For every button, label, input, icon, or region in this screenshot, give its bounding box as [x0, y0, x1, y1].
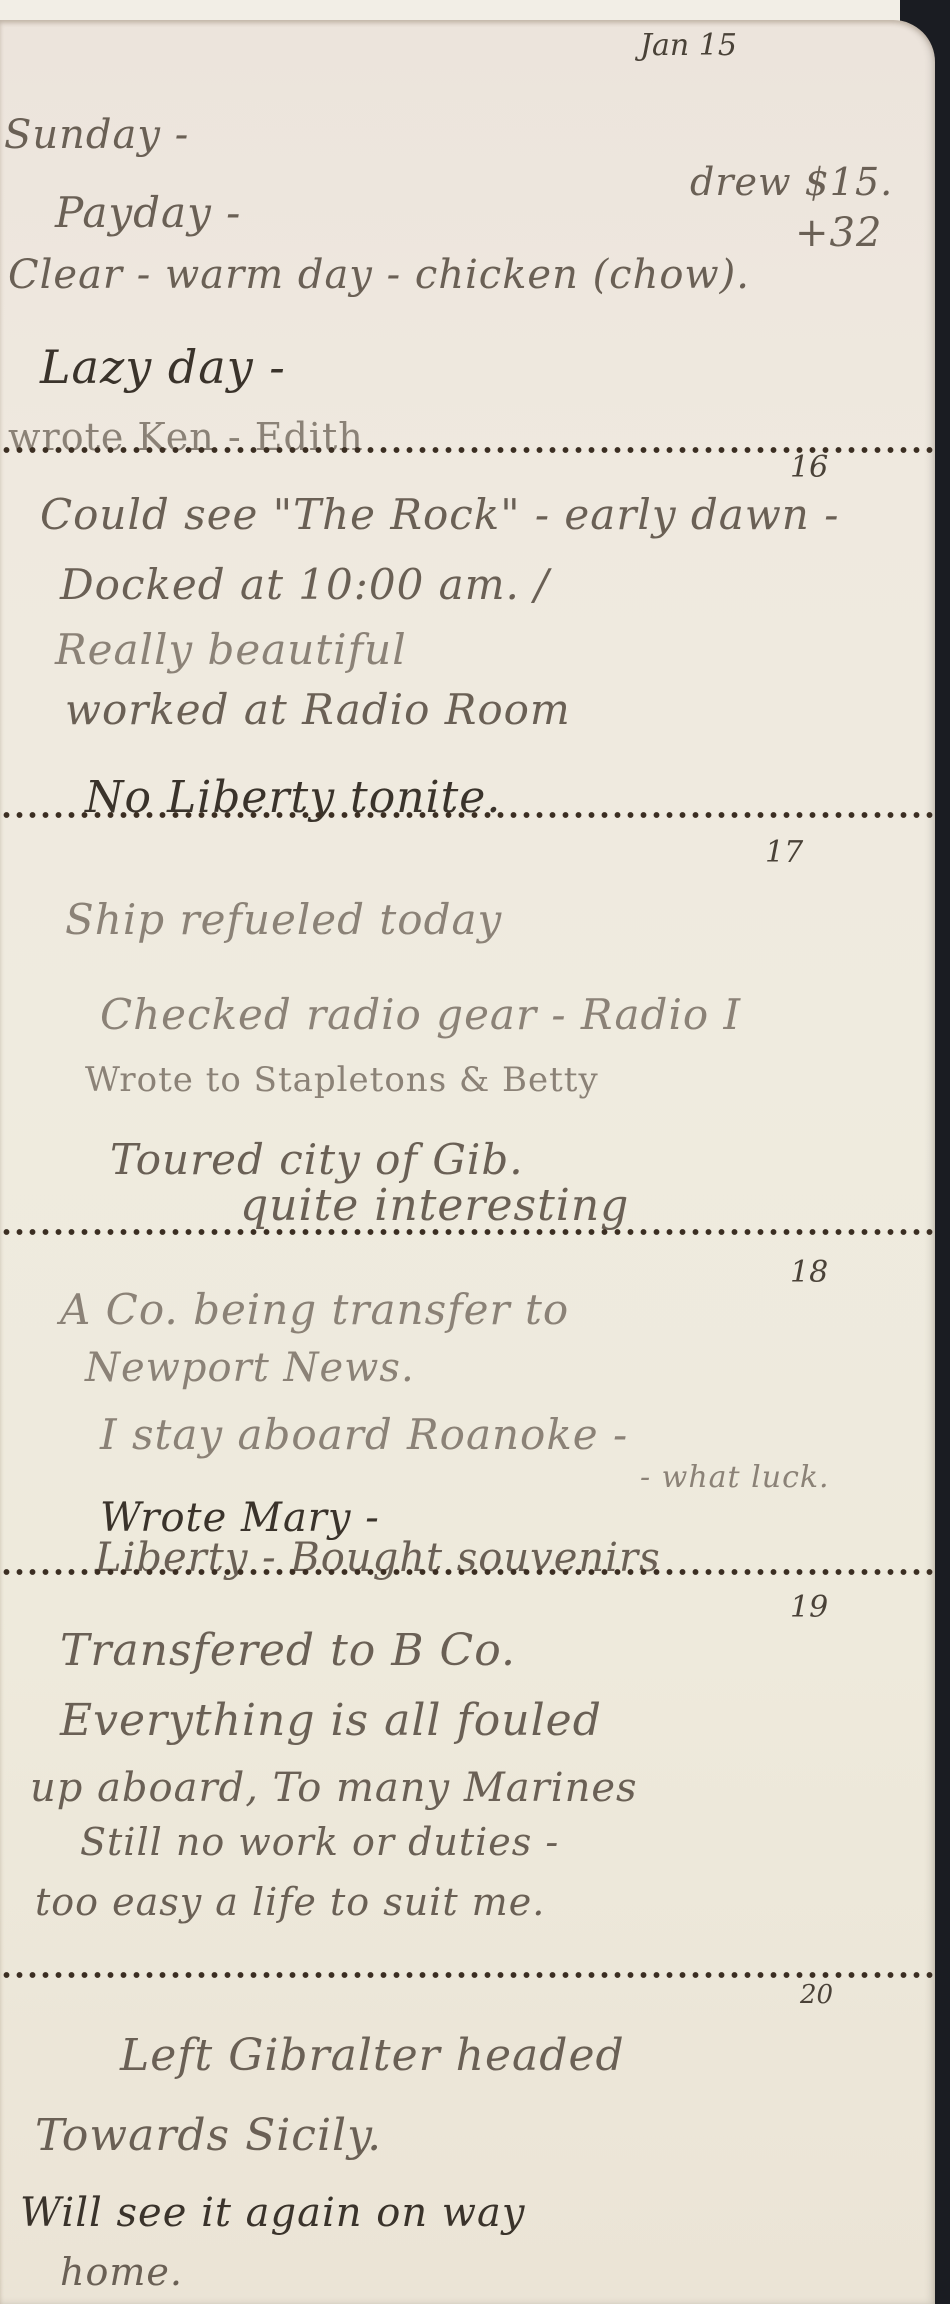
entry-date: 16 [790, 450, 828, 485]
perforation [0, 1227, 935, 1237]
entry-line: Sunday - [4, 112, 189, 158]
entry-line: Checked radio gear - Radio I [100, 990, 741, 1039]
margin-note: drew $15. [690, 160, 893, 204]
entry-20: 20 Left Gibralter headed Towards Sicily.… [0, 1985, 935, 2304]
entry-line: Lazy day - [40, 340, 286, 394]
entry-17: 17 Ship refueled today Checked radio gea… [0, 840, 935, 1230]
entry-date: 20 [800, 1980, 833, 2010]
entry-16: 16 Could see "The Rock" - early dawn - D… [0, 460, 935, 825]
entry-line: quite interesting [240, 1180, 629, 1231]
entry-line: Ship refueled today [65, 895, 502, 944]
margin-note: +32 [795, 210, 882, 256]
perforation [0, 1970, 935, 1980]
entry-line: Could see "The Rock" - early dawn - [40, 490, 839, 539]
diary-page: Jan 15 Sunday - drew $15. Payday - +32 C… [0, 20, 935, 2304]
entry-line: Left Gibralter headed [120, 2030, 625, 2081]
entry-date: 18 [790, 1255, 828, 1290]
entry-line: Towards Sicily. [35, 2110, 382, 2161]
entry-line: Still no work or duties - [80, 1820, 559, 1864]
entry-line: Clear - warm day - chicken (chow). [8, 252, 750, 298]
entry-19: 19 Transfered to B Co. Everything is all… [0, 1585, 935, 1970]
entry-line: too easy a life to suit me. [35, 1880, 545, 1924]
entry-line: up aboard, To many Marines [30, 1765, 638, 1811]
entry-date: 17 [765, 835, 803, 870]
entry-line: worked at Radio Room [65, 685, 571, 734]
entry-line: Newport News. [85, 1345, 415, 1391]
entry-line: I stay aboard Roanoke - [100, 1410, 628, 1459]
entry-line: Docked at 10:00 am. / [60, 560, 549, 609]
entry-line: A Co. being transfer to [60, 1285, 569, 1334]
entry-line: home. [60, 2250, 183, 2294]
perforation [0, 1567, 935, 1577]
entry-line: Will see it again on way [20, 2190, 525, 2236]
entry-18: 18 A Co. being transfer to Newport News.… [0, 1245, 935, 1580]
entry-date: Jan 15 [640, 28, 737, 63]
entry-line: - what luck. [640, 1460, 830, 1495]
entry-line: Transfered to B Co. [60, 1625, 516, 1676]
entry-line: Really beautiful [55, 625, 407, 674]
entry-line: Everything is all fouled [60, 1695, 602, 1746]
entry-jan-15: Jan 15 Sunday - drew $15. Payday - +32 C… [0, 20, 935, 490]
entry-line: Wrote to Stapletons & Betty [85, 1060, 599, 1100]
entry-date: 19 [790, 1590, 828, 1625]
perforation [0, 810, 935, 820]
entry-line: Payday - [55, 188, 241, 237]
entry-line: Toured city of Gib. [110, 1135, 524, 1184]
